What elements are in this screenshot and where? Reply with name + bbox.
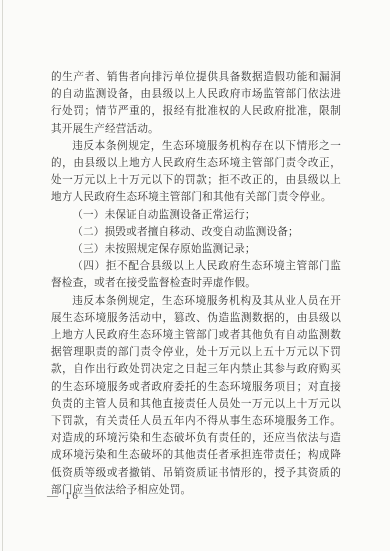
document-page: 的生产者、销售者向排污单位提供具备数据造假功能和漏洞的自动监测设备，由县级以上人… [0,0,390,551]
list-item-2: （二）损毁或者擅自移动、改变自动监测设备； [51,224,341,241]
paragraph-data-falsification-penalty: 违反本条例规定，生态环境服务机构及其从业人员在开展生态环境服务活动中，篡改、伪造… [51,293,341,499]
list-item-4: （四）拒不配合县级以上人民政府生态环境主管部门监督检查，或者在接受监督检查时弄虚… [51,258,341,292]
paragraph-violation-service-org: 违反本条例规定，生态环境服务机构存在以下情形之一的，由县级以上地方人民政府生态环… [51,138,341,207]
body-text-block: 的生产者、销售者向排污单位提供具备数据造假功能和漏洞的自动监测设备，由县级以上人… [51,69,341,499]
paragraph-continuation: 的生产者、销售者向排污单位提供具备数据造假功能和漏洞的自动监测设备，由县级以上人… [51,69,341,138]
page-number: — 16 — [47,489,98,503]
scan-edge-line [2,0,3,551]
list-item-3: （三）未按照规定保存原始监测记录； [51,241,341,258]
list-item-1: （一）未保证自动监测设备正常运行； [51,207,341,224]
